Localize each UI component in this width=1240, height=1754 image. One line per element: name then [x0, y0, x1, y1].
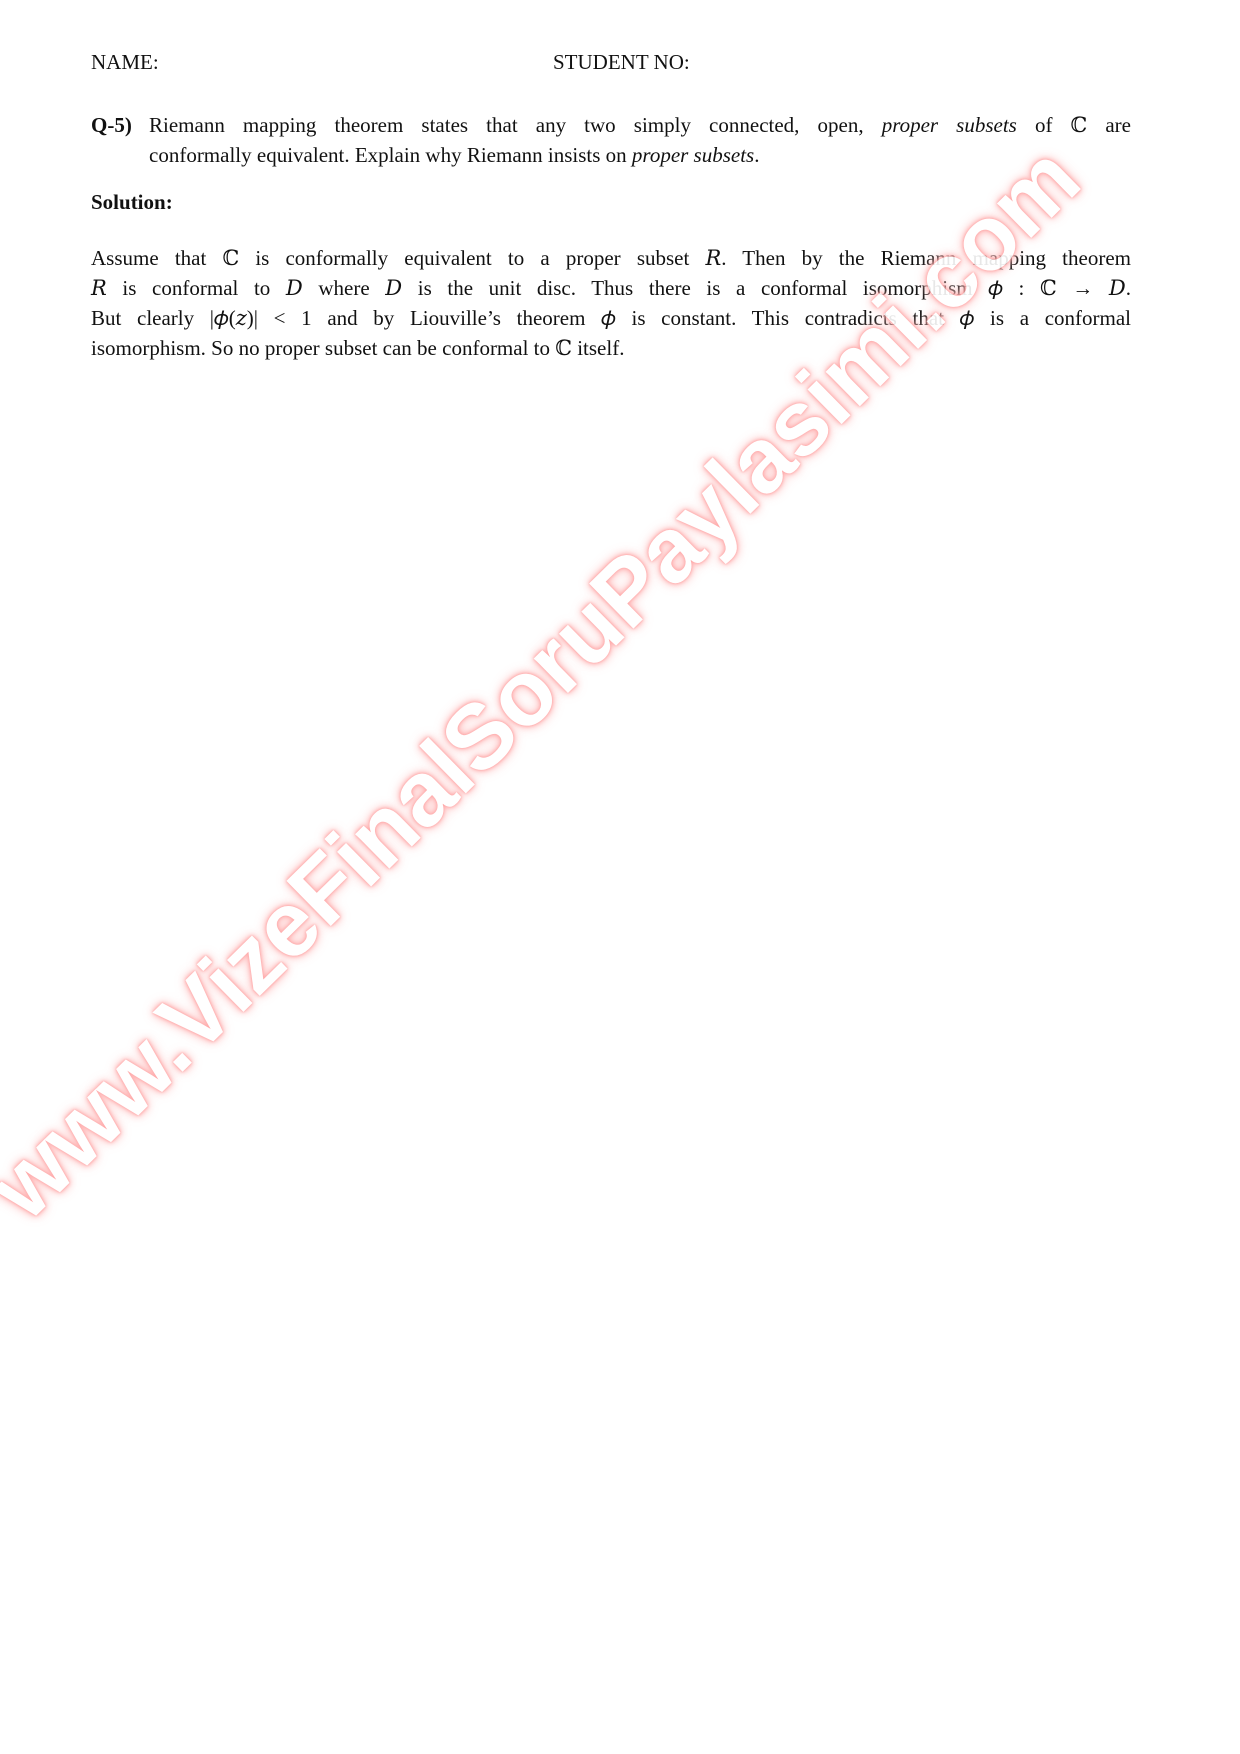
solution-line: isomorphism. So no proper subset can be …	[91, 333, 1131, 363]
solution-heading: Solution:	[91, 190, 173, 215]
question-text: Riemann mapping theorem states that any …	[149, 110, 1131, 170]
student-no-label: STUDENT NO:	[553, 50, 690, 75]
solution-line: 𝑅 is conformal to 𝐷 where 𝐷 is the unit …	[91, 273, 1131, 303]
question-line-2: conformally equivalent. Explain why Riem…	[149, 143, 759, 167]
name-label: NAME:	[91, 50, 159, 75]
solution-line: Assume that ℂ is conformally equivalent …	[91, 243, 1131, 273]
solution-line: But clearly |𝜙(𝑧)| < 1 and by Liouville’…	[91, 303, 1131, 333]
watermark-text: www.VizeFinalSoruPaylasimi.com	[0, 296, 927, 1240]
question-block: Q-5) Riemann mapping theorem states that…	[91, 110, 1131, 170]
question-number: Q-5)	[91, 110, 132, 140]
question-line-1: Riemann mapping theorem states that any …	[149, 110, 1131, 140]
solution-body: Assume that ℂ is conformally equivalent …	[91, 243, 1131, 363]
